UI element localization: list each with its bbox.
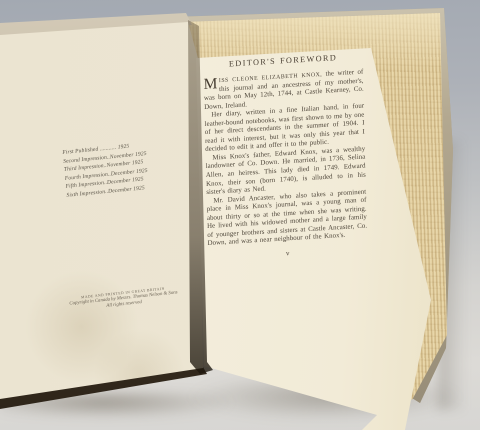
foreword-paragraph: Mr. David Ancaster, who also takes a pro… (206, 188, 367, 249)
dropcap-m: M (203, 77, 219, 91)
open-book-photo: First Published ........... 1925 Second … (0, 0, 480, 430)
foreword-text-block: EDITOR'S FOREWORD MISS CLEONE ELIZABETH … (203, 49, 368, 263)
